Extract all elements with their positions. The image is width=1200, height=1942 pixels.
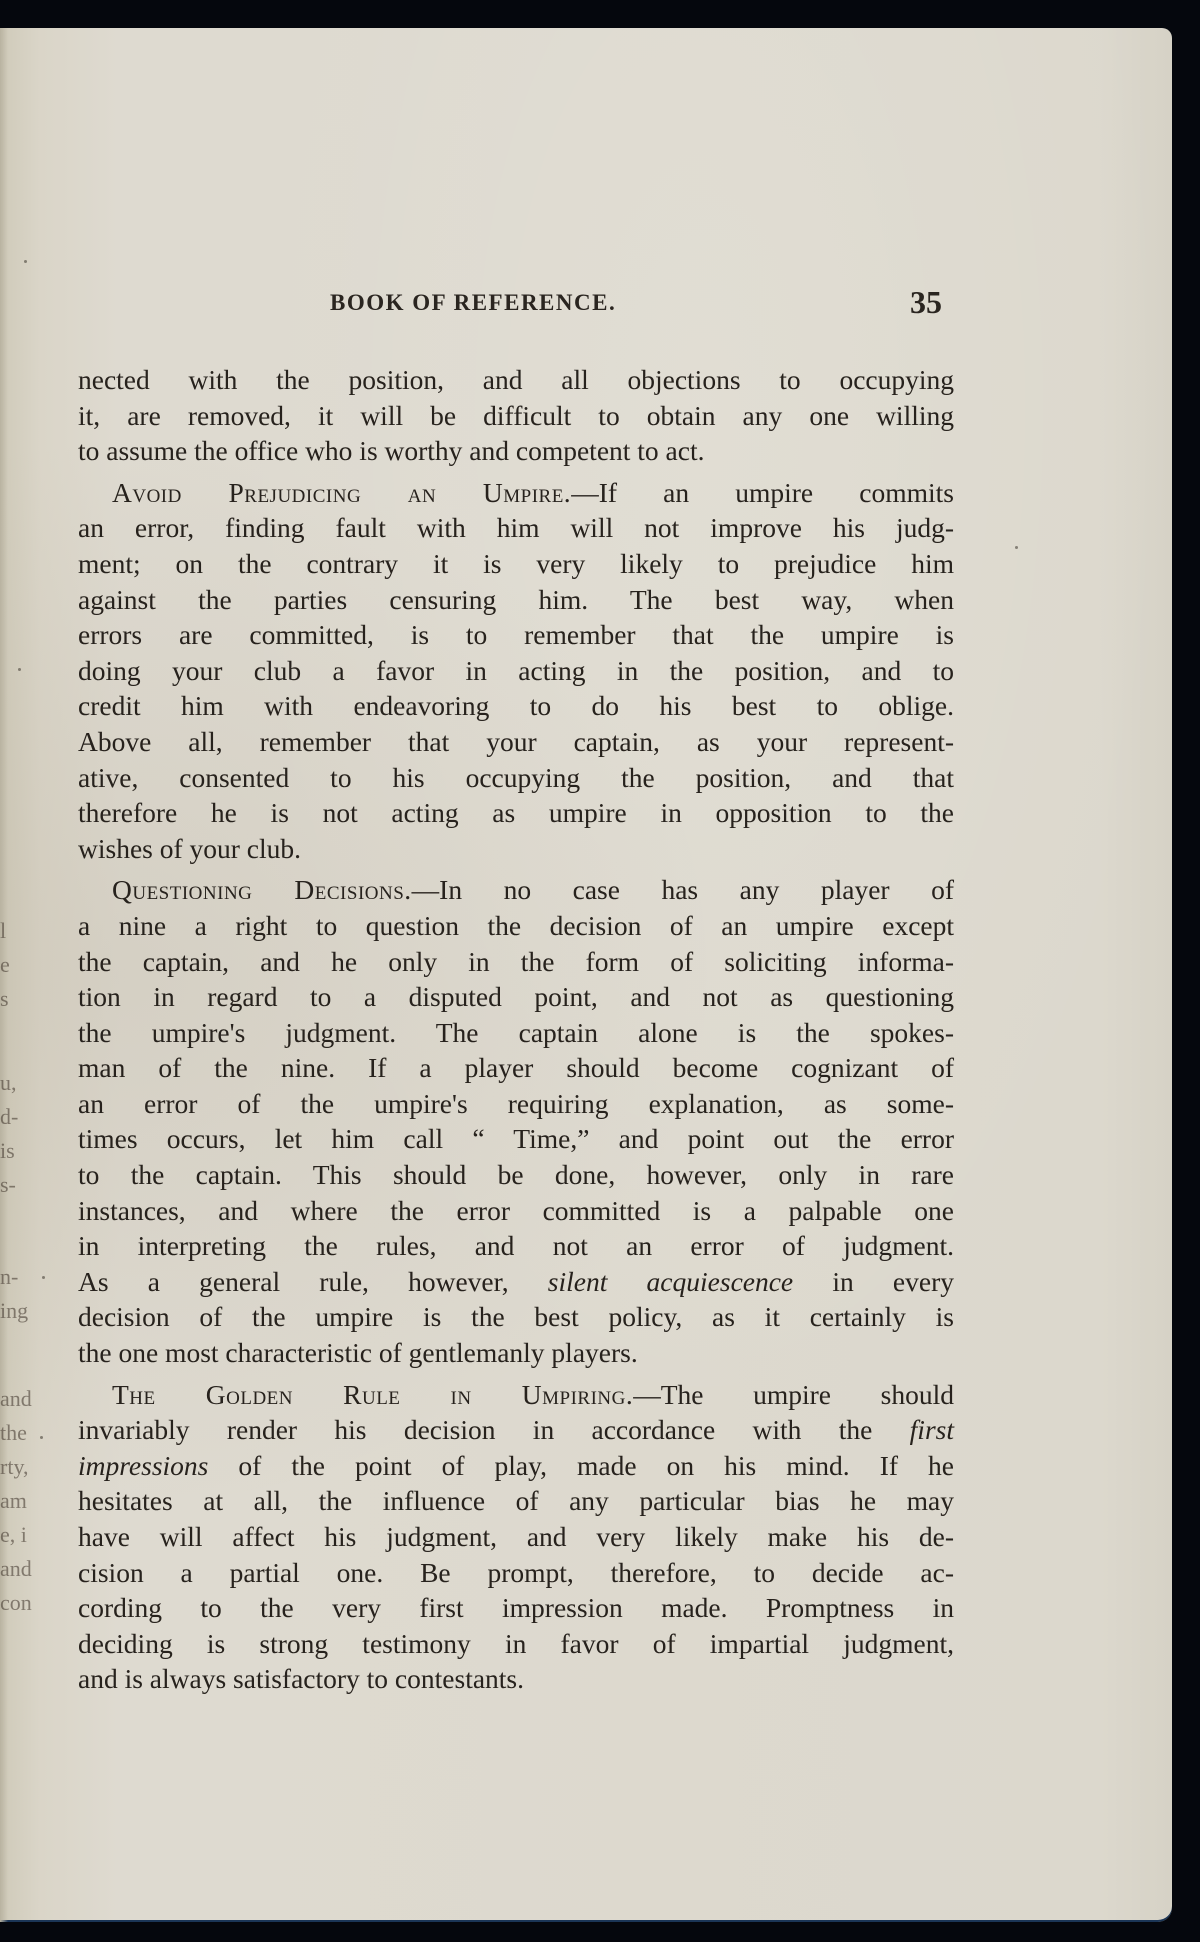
bleed-fragment: am — [0, 1488, 27, 1514]
text-line: the umpire's judgment. The captain alone… — [78, 1015, 954, 1051]
text-line: Avoid Prejudicing an Umpire.—If an umpir… — [78, 475, 954, 511]
text-line: ative, consented to his occupying the po… — [78, 760, 954, 796]
text-line: man of the nine. If a player should beco… — [78, 1050, 954, 1086]
bleed-fragment: rty, — [0, 1454, 29, 1480]
text-line: impressions of the point of play, made o… — [78, 1448, 954, 1484]
italic-phrase: silent acquiescence — [548, 1266, 793, 1297]
running-head: BOOK OF REFERENCE. — [330, 290, 616, 316]
text-fragment: As a general rule, however, — [78, 1266, 548, 1297]
text-line: deciding is strong testimony in favor of… — [78, 1626, 954, 1662]
text-line: the one most characteristic of gentleman… — [78, 1335, 954, 1371]
text-line: in interpreting the rules, and not an er… — [78, 1228, 954, 1264]
text-line: the captain, and he only in the form of … — [78, 944, 954, 980]
paper-speck — [40, 1436, 43, 1439]
bleed-fragment: and — [0, 1386, 32, 1412]
bleed-fragment: s — [0, 986, 9, 1012]
text-line: invariably render his decision in accord… — [78, 1412, 954, 1448]
paper-speck — [1015, 546, 1018, 549]
text-line: hesitates at all, the influence of any p… — [78, 1483, 954, 1519]
text-line: ment; on the contrary it is very likely … — [78, 546, 954, 582]
bleed-fragment: the — [0, 1420, 27, 1446]
paper-speck — [24, 260, 27, 263]
bleed-fragment: is — [0, 1138, 15, 1164]
italic-word: first — [910, 1414, 954, 1445]
text-line: have will affect his judgment, and very … — [78, 1519, 954, 1555]
text-line: nected with the position, and all object… — [78, 362, 954, 398]
paragraph-golden-rule: The Golden Rule in Umpiring.—The umpire … — [78, 1377, 954, 1697]
text-line: cording to the very first impression mad… — [78, 1590, 954, 1626]
text-line: an error, finding fault with him will no… — [78, 510, 954, 546]
text-line: to the captain. This should be done, how… — [78, 1157, 954, 1193]
bleed-fragment: d- — [0, 1104, 18, 1130]
bleed-fragment: e, i — [0, 1522, 27, 1548]
text-line: instances, and where the error committed… — [78, 1193, 954, 1229]
text-line: times occurs, let him call “ Time,” and … — [78, 1121, 954, 1157]
text-fragment: —The umpire should — [633, 1379, 954, 1410]
text-line: against the parties censuring him. The b… — [78, 582, 954, 618]
scanned-book-page: l e s u, d- is s- n- ing and the rty, am… — [0, 0, 1200, 1942]
italic-word: impressions — [78, 1450, 208, 1481]
text-line: it, are removed, it will be difficult to… — [78, 398, 954, 434]
text-line: Above all, remember that your captain, a… — [78, 724, 954, 760]
bleed-fragment: n- — [0, 1264, 18, 1290]
text-line: decision of the umpire is the best polic… — [78, 1299, 954, 1335]
section-heading: Avoid Prejudicing an Umpire. — [112, 477, 571, 508]
text-line: a nine a right to question the decision … — [78, 908, 954, 944]
text-fragment: of the point of play, made on his mind. … — [208, 1450, 954, 1481]
bleed-fragment: u, — [0, 1070, 17, 1096]
bleed-fragment: con — [0, 1590, 32, 1616]
text-line: therefore he is not acting as umpire in … — [78, 795, 954, 831]
text-line: and is always satisfactory to contestant… — [78, 1661, 954, 1697]
text-line: As a general rule, however, silent acqui… — [78, 1264, 954, 1300]
text-line: tion in regard to a disputed point, and … — [78, 979, 954, 1015]
bleed-fragment: s- — [0, 1172, 16, 1198]
paper-speck — [18, 668, 21, 671]
text-line: wishes of your club. — [78, 831, 954, 867]
text-fragment: —If an umpire commits — [571, 477, 954, 508]
bleed-fragment: ing — [0, 1298, 28, 1324]
text-line: errors are committed, is to remember tha… — [78, 617, 954, 653]
text-fragment: invariably render his decision in accord… — [78, 1414, 910, 1445]
page-number: 35 — [910, 284, 942, 321]
page-paper: l e s u, d- is s- n- ing and the rty, am… — [0, 28, 1172, 1922]
text-fragment: in every — [793, 1266, 954, 1297]
section-heading: The Golden Rule in Umpiring. — [112, 1379, 633, 1410]
paragraph-avoid-prejudicing: Avoid Prejudicing an Umpire.—If an umpir… — [78, 475, 954, 867]
text-line: credit him with endeavoring to do his be… — [78, 688, 954, 724]
text-line: Questioning Decisions.—In no case has an… — [78, 872, 954, 908]
body-text: nected with the position, and all object… — [78, 362, 954, 1703]
bleed-fragment: and — [0, 1556, 32, 1582]
paragraph-continuation: nected with the position, and all object… — [78, 362, 954, 469]
text-line: The Golden Rule in Umpiring.—The umpire … — [78, 1377, 954, 1413]
paper-speck — [42, 1276, 45, 1279]
text-line: cision a partial one. Be prompt, therefo… — [78, 1555, 954, 1591]
bleed-fragment: l — [0, 918, 6, 944]
text-line: doing your club a favor in acting in the… — [78, 653, 954, 689]
text-line: an error of the umpire's requiring expla… — [78, 1086, 954, 1122]
text-line: to assume the office who is worthy and c… — [78, 433, 954, 469]
paragraph-questioning-decisions: Questioning Decisions.—In no case has an… — [78, 872, 954, 1370]
section-heading: Questioning Decisions. — [112, 874, 412, 905]
bleed-fragment: e — [0, 952, 10, 978]
text-fragment: —In no case has any player of — [412, 874, 954, 905]
